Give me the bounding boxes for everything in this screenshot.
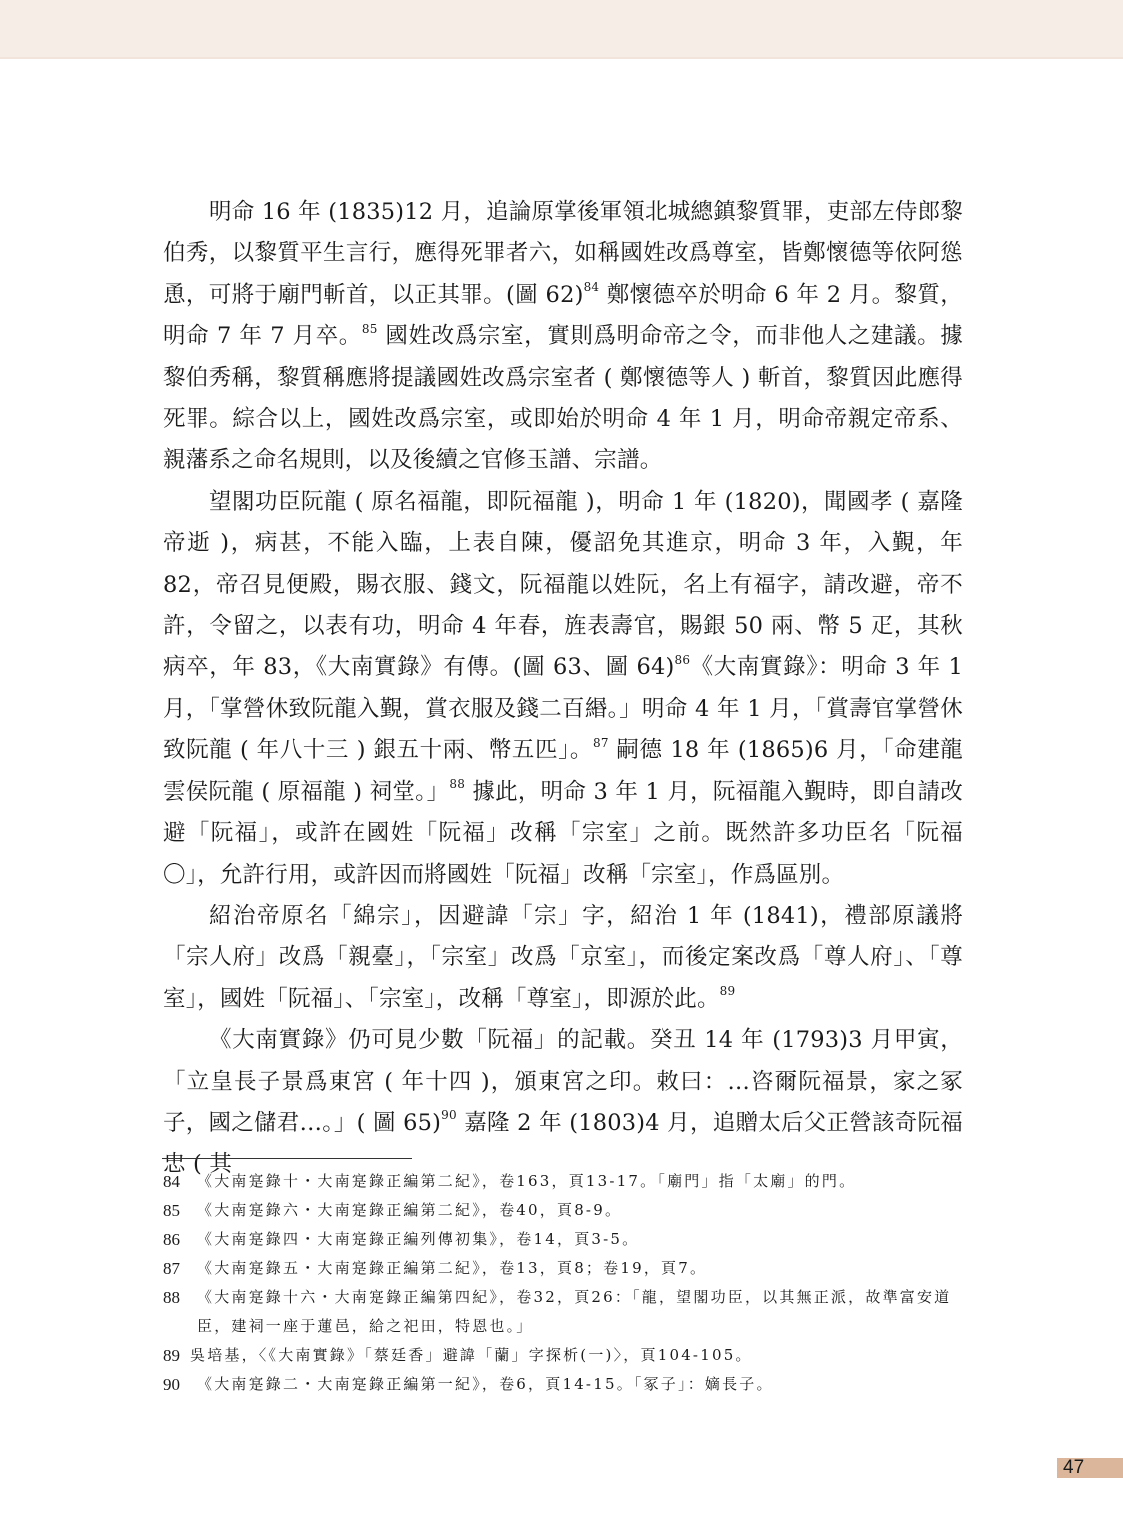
footnote-ref: 88 — [449, 777, 465, 791]
footnote-number: 86 — [163, 1225, 197, 1254]
paragraph: 《大南實錄》仍可見少數「阮福」的記載。癸丑 14 年 (1793)3 月甲寅，「… — [163, 1020, 963, 1186]
footnote-ref: 86 — [675, 653, 691, 667]
page-number-tab: 47 — [1057, 1458, 1123, 1478]
footnote: 88 《大南寔錄十六・大南寔錄正編第四紀》，卷32，頁26：「龍，望閣功臣，以其… — [163, 1283, 963, 1341]
footnote-ref: 90 — [441, 1108, 457, 1122]
footnote-ref: 87 — [593, 736, 609, 750]
footnote-text: 《大南寔錄十六・大南寔錄正編第四紀》，卷32，頁26：「龍，望閣功臣，以其無正派… — [197, 1283, 963, 1341]
footnote-ref: 84 — [584, 280, 600, 294]
footnote: 89 吳培基，〈《大南實錄》「蔡廷香」避諱「蘭」字探析(一)〉，頁104-105… — [163, 1341, 963, 1370]
footnote-text: 吳培基，〈《大南實錄》「蔡廷香」避諱「蘭」字探析(一)〉，頁104-105。 — [190, 1341, 963, 1370]
footnote-number: 88 — [163, 1283, 197, 1341]
paragraph: 紹治帝原名「綿宗」，因避諱「宗」字，紹治 1 年 (1841)，禮部原議將「宗人… — [163, 896, 963, 1020]
footnote-text: 《大南寔錄十・大南寔錄正編第二紀》，卷163，頁13-17。「廟門」指「太廟」的… — [197, 1167, 963, 1196]
footnote-text: 《大南寔錄二・大南寔錄正編第一紀》，卷6，頁14-15。「冢子」：嫡長子。 — [197, 1370, 963, 1399]
footnote-ref: 89 — [720, 984, 736, 998]
paragraph: 明命 16 年 (1835)12 月，追論原掌後軍領北城總鎮黎質罪，吏部左侍郎黎… — [163, 192, 963, 482]
footnote-number: 87 — [163, 1254, 197, 1283]
footnote: 87 《大南寔錄五・大南寔錄正編第二紀》，卷13，頁8；卷19，頁7。 — [163, 1254, 963, 1283]
footnote: 85 《大南寔錄六・大南寔錄正編第二紀》，卷40，頁8-9。 — [163, 1196, 963, 1225]
footnote-text: 《大南寔錄六・大南寔錄正編第二紀》，卷40，頁8-9。 — [197, 1196, 963, 1225]
page-number: 47 — [1063, 1456, 1084, 1480]
footnote-text: 《大南寔錄五・大南寔錄正編第二紀》，卷13，頁8；卷19，頁7。 — [197, 1254, 963, 1283]
footnote-number: 89 — [163, 1341, 190, 1370]
footnote-number: 90 — [163, 1370, 197, 1399]
footnote-text: 《大南寔錄四・大南寔錄正編列傳初集》，卷14，頁3-5。 — [197, 1225, 963, 1254]
footnote: 86 《大南寔錄四・大南寔錄正編列傳初集》，卷14，頁3-5。 — [163, 1225, 963, 1254]
header-band — [0, 0, 1123, 59]
footnote-number: 85 — [163, 1196, 197, 1225]
paragraph: 望閣功臣阮龍 ( 原名福龍，即阮福龍 )，明命 1 年 (1820)，聞國孝 (… — [163, 482, 963, 896]
footnote-ref: 85 — [362, 322, 378, 336]
footnote-divider — [162, 1158, 412, 1159]
footnotes: 84 《大南寔錄十・大南寔錄正編第二紀》，卷163，頁13-17。「廟門」指「太… — [163, 1167, 963, 1399]
body-text: 明命 16 年 (1835)12 月，追論原掌後軍領北城總鎮黎質罪，吏部左侍郎黎… — [163, 192, 963, 1186]
footnote: 84 《大南寔錄十・大南寔錄正編第二紀》，卷163，頁13-17。「廟門」指「太… — [163, 1167, 963, 1196]
footnote: 90 《大南寔錄二・大南寔錄正編第一紀》，卷6，頁14-15。「冢子」：嫡長子。 — [163, 1370, 963, 1399]
footnote-number: 84 — [163, 1167, 197, 1196]
